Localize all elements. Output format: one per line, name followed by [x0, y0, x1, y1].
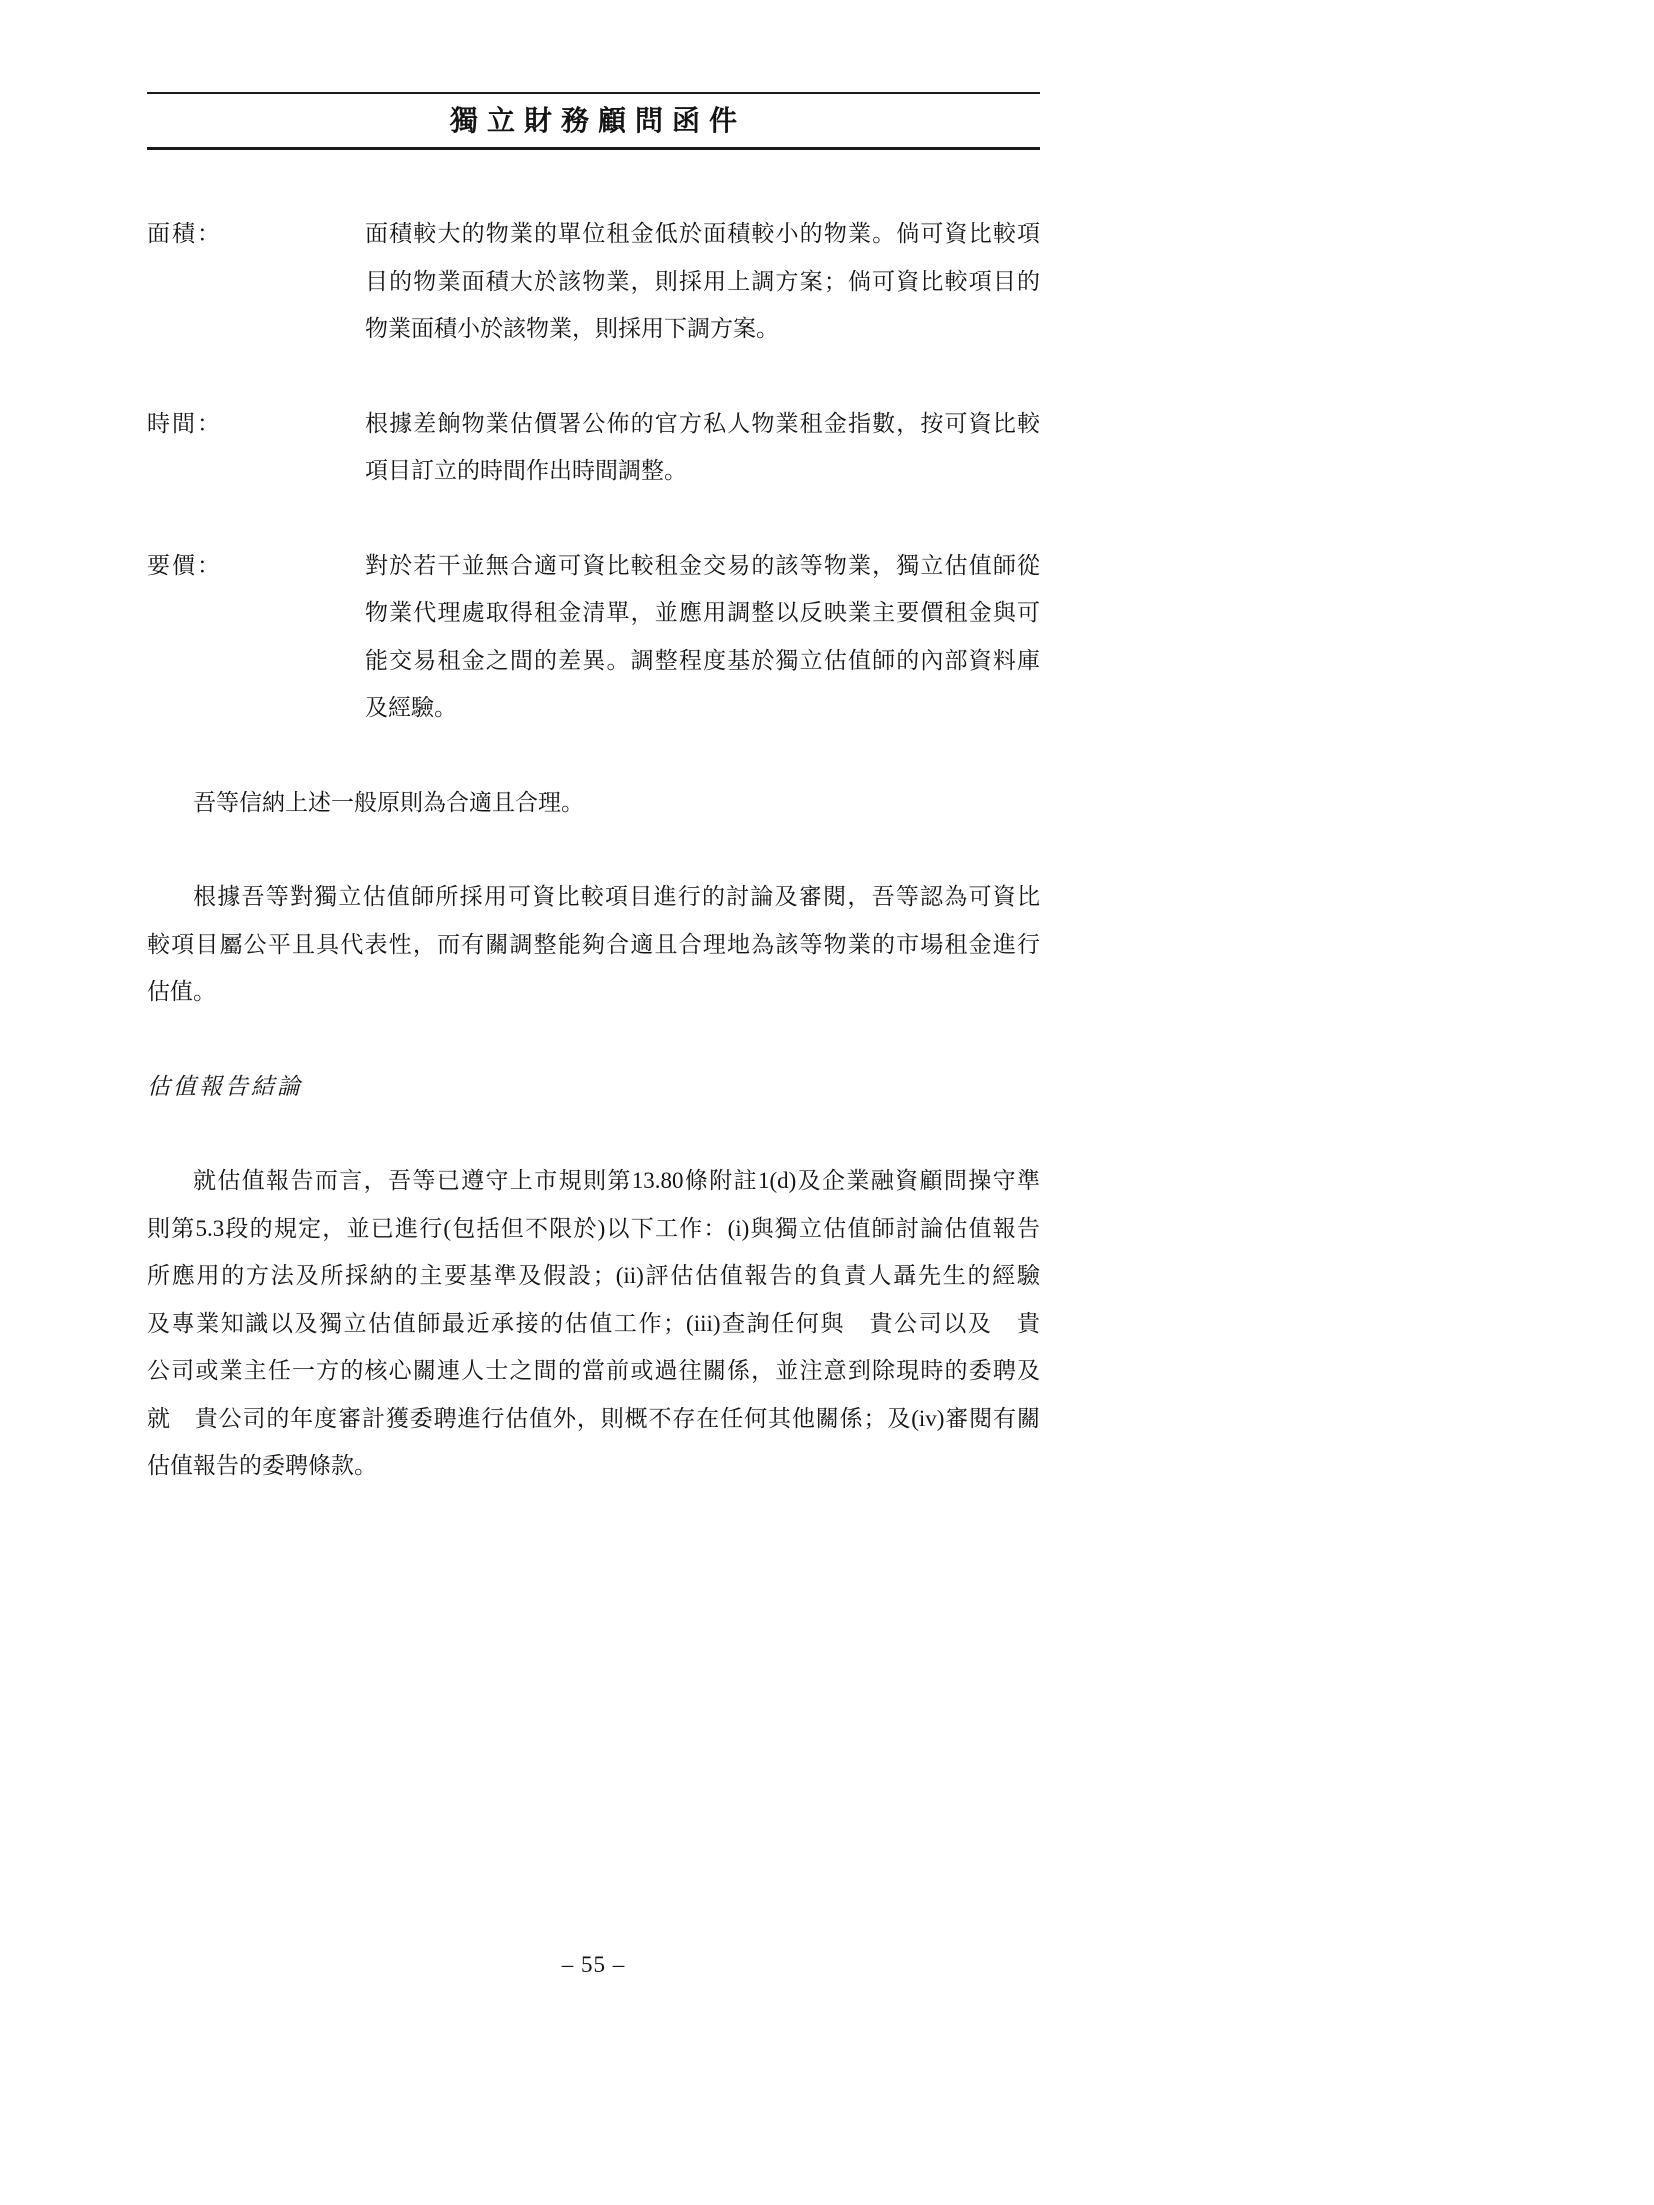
paragraph-line: 吾等信納上述一般原則為合適且合理。 — [147, 779, 1040, 827]
paragraph-line: 較項目屬公平且具代表性，而有關調整能夠合適且合理地為該等物業的市場租金進行 — [147, 921, 1040, 969]
definition-description: 面積較大的物業的單位租金低於面積較小的物業。倘可資比較項 目的物業面積大於該物業… — [365, 210, 1040, 353]
page-content: 獨立財務顧問函件 面積： 面積較大的物業的單位租金低於面積較小的物業。倘可資比較… — [147, 92, 1040, 1490]
page-title: 獨立財務顧問函件 — [147, 94, 1040, 147]
definition-term: 時間： — [147, 400, 365, 495]
document-body: 面積： 面積較大的物業的單位租金低於面積較小的物業。倘可資比較項 目的物業面積大… — [147, 210, 1040, 1490]
paragraph-line: 公司或業主任一方的核心關連人士之間的當前或過往關係，並注意到除現時的委聘及 — [147, 1347, 1040, 1395]
paragraph-general-principles: 吾等信納上述一般原則為合適且合理。 — [147, 779, 1040, 827]
paragraph-line: 估值。 — [147, 968, 1040, 1016]
paragraph-line: 及專業知識以及獨立估值師最近承接的估值工作；(iii)查詢任何與 貴公司以及 貴 — [147, 1300, 1040, 1348]
definition-line: 項目訂立的時間作出時間調整。 — [365, 447, 1040, 495]
definition-line: 對於若干並無合適可資比較租金交易的該等物業，獨立估值師從 — [365, 542, 1040, 590]
page-number: – 55 – — [147, 1952, 1040, 1978]
document-page: 獨立財務顧問函件 面積： 面積較大的物業的單位租金低於面積較小的物業。倘可資比較… — [0, 0, 1654, 2205]
paragraph-valuation-report-work: 就估值報告而言，吾等已遵守上市規則第13.80條附註1(d)及企業融資顧問操守準… — [147, 1157, 1040, 1490]
definition-line: 及經驗。 — [365, 684, 1040, 732]
definition-row-asking-price: 要價： 對於若干並無合適可資比較租金交易的該等物業，獨立估值師從 物業代理處取得… — [147, 542, 1040, 732]
definition-term: 面積： — [147, 210, 365, 353]
definition-description: 對於若干並無合適可資比較租金交易的該等物業，獨立估值師從 物業代理處取得租金清單… — [365, 542, 1040, 732]
paragraph-line: 就估值報告而言，吾等已遵守上市規則第13.80條附註1(d)及企業融資顧問操守準 — [147, 1157, 1040, 1205]
definition-term: 要價： — [147, 542, 365, 732]
section-heading-valuation-conclusion: 估值報告結論 — [147, 1063, 1040, 1111]
paragraph-line: 就 貴公司的年度審計獲委聘進行估值外，則概不存在任何其他關係；及(iv)審閱有關 — [147, 1395, 1040, 1443]
definition-line: 物業代理處取得租金清單，並應用調整以反映業主要價租金與可 — [365, 589, 1040, 637]
definition-row-time: 時間： 根據差餉物業估價署公佈的官方私人物業租金指數，按可資比較 項目訂立的時間… — [147, 400, 1040, 495]
paragraph-comparables-review: 根據吾等對獨立估值師所採用可資比較項目進行的討論及審閱，吾等認為可資比 較項目屬… — [147, 873, 1040, 1016]
definition-row-area: 面積： 面積較大的物業的單位租金低於面積較小的物業。倘可資比較項 目的物業面積大… — [147, 210, 1040, 353]
paragraph-line: 估值報告的委聘條款。 — [147, 1442, 1040, 1490]
definition-line: 能交易租金之間的差異。調整程度基於獨立估值師的內部資料庫 — [365, 637, 1040, 685]
definition-line: 物業面積小於該物業，則採用下調方案。 — [365, 305, 1040, 353]
definition-line: 目的物業面積大於該物業，則採用上調方案；倘可資比較項目的 — [365, 258, 1040, 306]
definition-line: 根據差餉物業估價署公佈的官方私人物業租金指數，按可資比較 — [365, 400, 1040, 448]
definition-description: 根據差餉物業估價署公佈的官方私人物業租金指數，按可資比較 項目訂立的時間作出時間… — [365, 400, 1040, 495]
definition-line: 面積較大的物業的單位租金低於面積較小的物業。倘可資比較項 — [365, 210, 1040, 258]
paragraph-line: 則第5.3段的規定，並已進行(包括但不限於)以下工作：(i)與獨立估值師討論估值… — [147, 1205, 1040, 1253]
header-rule-bottom — [147, 147, 1040, 150]
paragraph-line: 根據吾等對獨立估值師所採用可資比較項目進行的討論及審閱，吾等認為可資比 — [147, 873, 1040, 921]
paragraph-line: 所應用的方法及所採納的主要基準及假設；(ii)評估估值報告的負責人聶先生的經驗 — [147, 1252, 1040, 1300]
